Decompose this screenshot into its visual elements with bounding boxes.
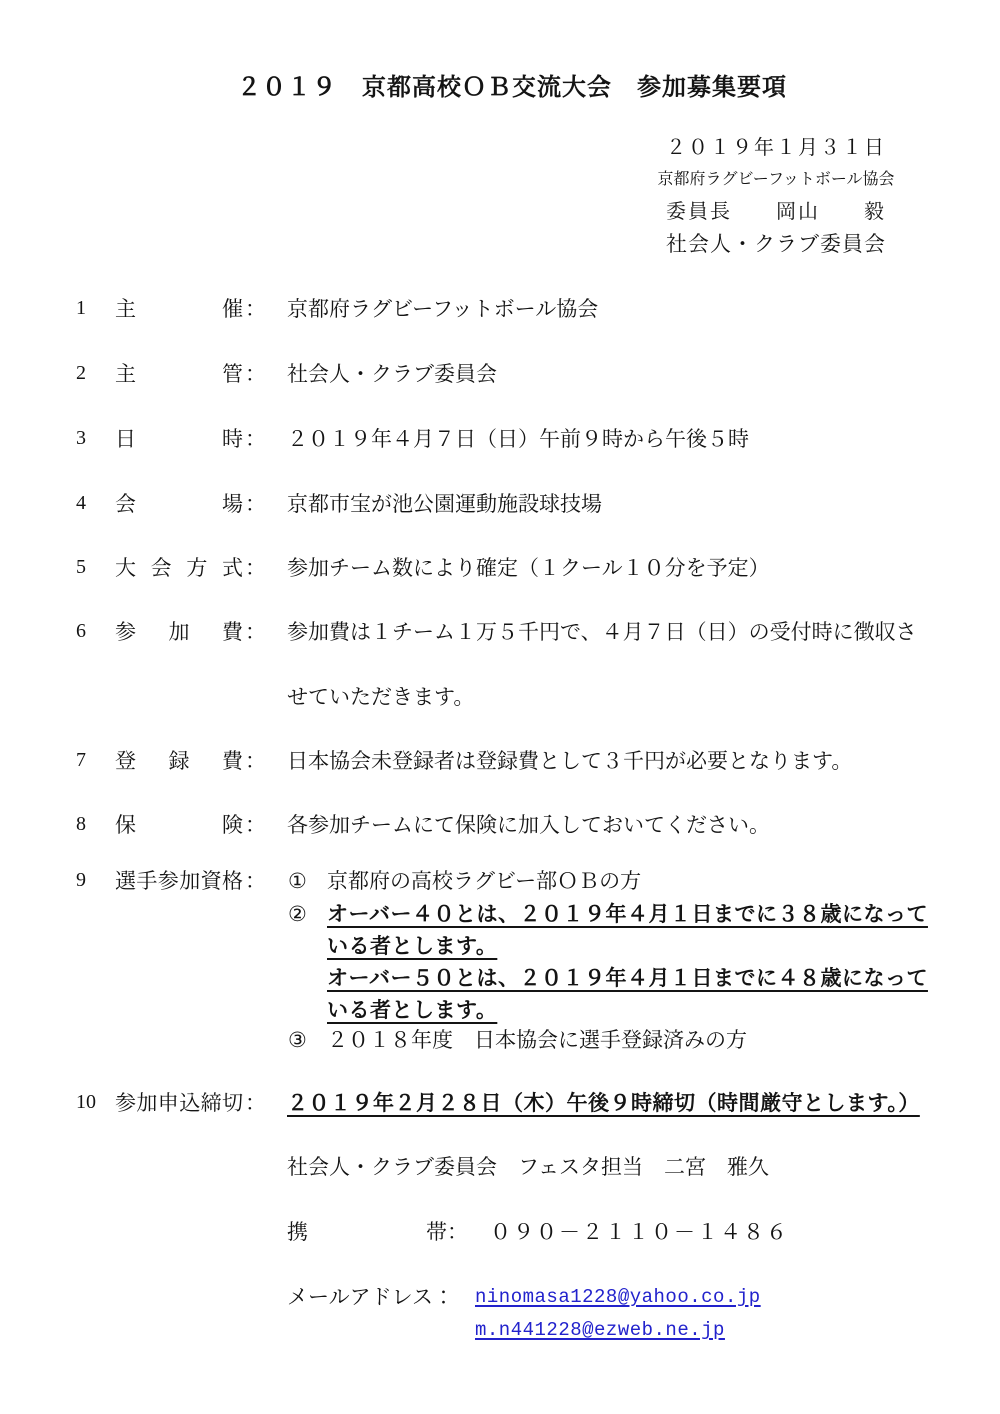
item-label: 大会方式 xyxy=(115,556,243,580)
item-number: 2 xyxy=(76,362,86,385)
item-content: 社会人・クラブ委員会 xyxy=(287,362,497,386)
header-date: ２０１９年１月３１日 xyxy=(642,136,910,160)
circled-3-marker: ③ xyxy=(288,1028,307,1052)
circled-2-marker: ② xyxy=(288,902,307,926)
phone-colon: ： xyxy=(447,1220,468,1244)
document-page: ２０１９ 京都高校ＯＢ交流大会 参加募集要項 ２０１９年１月３１日 京都府ラグビ… xyxy=(0,0,1000,1414)
item-label: 保険 xyxy=(115,813,243,837)
item-content-deadline: ２０１９年２月２８日（木）午後９時締切（時間厳守とします。） xyxy=(287,1091,920,1115)
sub-item-2-line4: いる者とします。 xyxy=(327,998,497,1022)
item-number: 3 xyxy=(76,427,86,450)
item-label: 参加申込締切 xyxy=(115,1091,243,1115)
item-colon: ： xyxy=(245,813,266,837)
page-title: ２０１９ 京都高校ＯＢ交流大会 参加募集要項 xyxy=(0,74,1000,103)
item-colon: ： xyxy=(245,362,266,386)
item-content: 参加チーム数により確定（１クール１０分を予定） xyxy=(287,556,770,580)
contact-person: 社会人・クラブ委員会 フェスタ担当 二宮 雅久 xyxy=(287,1155,769,1179)
sub-item-3-text: ２０１８年度 日本協会に選手登録済みの方 xyxy=(327,1028,747,1052)
email-link-1[interactable]: ninomasa1228@yahoo.co.jp xyxy=(475,1287,761,1309)
item-content: 日本協会未登録者は登録費として３千円が必要となります。 xyxy=(287,749,852,773)
circled-1-marker: ① xyxy=(288,869,307,893)
item-number: 4 xyxy=(76,492,86,515)
item-content: 京都市宝が池公園運動施設球技場 xyxy=(287,492,602,516)
item-number: 10 xyxy=(76,1091,96,1114)
item-colon: ： xyxy=(245,427,266,451)
header-committee: 社会人・クラブ委員会 xyxy=(642,232,910,258)
item-number: 7 xyxy=(76,749,86,772)
item-colon: ： xyxy=(245,492,266,516)
phone-number: ０９０－２１１０－１４８６ xyxy=(490,1220,789,1244)
item-label: 参加費 xyxy=(115,620,243,644)
item-content: 各参加チームにて保険に加入しておいてください。 xyxy=(287,813,770,837)
sub-item-2-line1: オーバー４０とは、２０１９年４月１日までに３８歳になって xyxy=(327,902,928,926)
item-colon: ： xyxy=(245,1091,266,1115)
item-number: 9 xyxy=(76,869,86,892)
sub-item-2-line2: いる者とします。 xyxy=(327,934,497,958)
item-content-line1: 参加費は１チーム１万５千円で、４月７日（日）の受付時に徴収さ xyxy=(287,620,917,644)
item-number: 8 xyxy=(76,813,86,836)
header-chairman: 委員長 岡山 毅 xyxy=(642,200,910,224)
sub-item-2-line3: オーバー５０とは、２０１９年４月１日までに４８歳になって xyxy=(327,966,928,990)
item-label: 登録費 xyxy=(115,749,243,773)
email-label: メールアドレス： xyxy=(287,1285,454,1309)
item-colon: ： xyxy=(245,556,266,580)
email-link-2[interactable]: m.n441228@ezweb.ne.jp xyxy=(475,1320,725,1342)
item-label: 日時 xyxy=(115,427,243,451)
phone-label: 携帯 xyxy=(287,1220,447,1244)
item-content-line2: せていただきます。 xyxy=(287,685,474,709)
item-content: ２０１９年４月７日（日）午前９時から午後５時 xyxy=(287,427,749,451)
header-org: 京都府ラグビーフットボール協会 xyxy=(642,170,910,190)
item-number: 1 xyxy=(76,297,86,320)
item-colon: ： xyxy=(245,620,266,644)
sub-item-1-text: 京都府の高校ラグビー部ＯＢの方 xyxy=(327,869,641,893)
item-label: 主管 xyxy=(115,362,243,386)
item-colon: ： xyxy=(245,749,266,773)
item-colon: ： xyxy=(245,869,266,893)
item-number: 6 xyxy=(76,620,86,643)
item-label: 選手参加資格 xyxy=(115,869,243,893)
item-colon: ： xyxy=(245,297,266,321)
item-label: 主催 xyxy=(115,297,243,321)
item-label: 会場 xyxy=(115,492,243,516)
item-content: 京都府ラグビーフットボール協会 xyxy=(287,297,598,321)
item-number: 5 xyxy=(76,556,86,579)
